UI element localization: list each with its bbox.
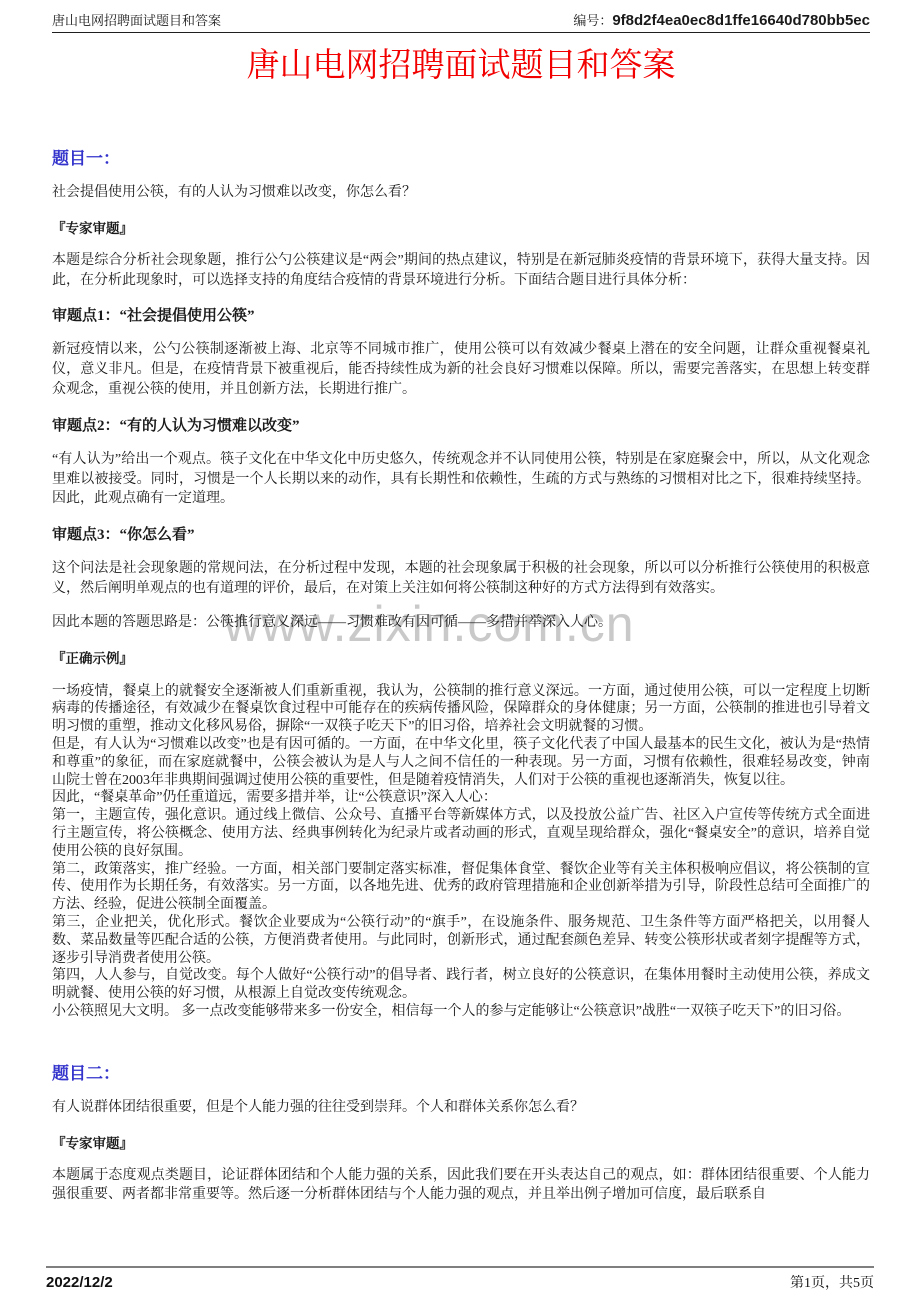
page-header: 唐山电网招聘面试题目和答案 编号：9f8d2f4ea0ec8d1ffe16640… <box>52 0 870 33</box>
section-subheading: 审题点2：“有的人认为习惯难以改变” <box>52 416 870 436</box>
bracket-label: 『专家审题』 <box>52 1135 870 1152</box>
content-blocks: 题目一：社会提倡使用公筷，有的人认为习惯难以改变，你怎么看？『专家审题』本题是综… <box>52 148 870 1205</box>
section-subheading: 审题点1：“社会提倡使用公筷” <box>52 306 870 326</box>
paragraph: 有人说群体团结很重要，但是个人能力强的往往受到崇拜。个人和群体关系你怎么看？ <box>52 1098 870 1118</box>
paragraph: 这个问法是社会现象题的常规问法，在分析过程中发现，本题的社会现象属于积极的社会现… <box>52 559 870 599</box>
example-paragraph: 一场疫情，餐桌上的就餐安全逐渐被人们重新重视，我认为，公筷制的推行意义深远。一方… <box>52 683 870 736</box>
paragraph: 因此本题的答题思路是：公筷推行意义深远——习惯难改有因可循——多措并举深入人心。 <box>52 613 870 633</box>
paragraph: 本题是综合分析社会现象题，推行公勺公筷建议是“两会”期间的热点建议，特别是在新冠… <box>52 251 870 291</box>
example-paragraph: 因此，“餐桌革命”仍任重道远，需要多措并举，让“公筷意识”深入人心： <box>52 789 870 807</box>
footer-date: 2022/12/2 <box>46 1274 113 1291</box>
document-page: www.zixin.com.cn 唐山电网招聘面试题目和答案 编号：9f8d2f… <box>0 0 920 1302</box>
header-doc-id: 编号：9f8d2f4ea0ec8d1ffe16640d780bb5ec <box>573 13 870 29</box>
doc-id-value: 9f8d2f4ea0ec8d1ffe16640d780bb5ec <box>612 12 870 29</box>
page-title: 唐山电网招聘面试题目和答案 <box>52 46 870 86</box>
example-paragraph: 第四，人人参与，自觉改变。每个人做好“公筷行动”的倡导者、践行者，树立良好的公筷… <box>52 967 870 1003</box>
topic-heading: 题目一： <box>52 148 870 169</box>
paragraph: “有人认为”给出一个观点。筷子文化在中华文化中历史悠久，传统观念并不认同使用公筷… <box>52 450 870 509</box>
example-paragraph: 第二，政策落实，推广经验。一方面，相关部门要制定落实标准，督促集体食堂、餐饮企业… <box>52 861 870 914</box>
page-content: 唐山电网招聘面试题目和答案 编号：9f8d2f4ea0ec8d1ffe16640… <box>0 0 920 1205</box>
paragraph: 社会提倡使用公筷，有的人认为习惯难以改变，你怎么看？ <box>52 183 870 203</box>
topic-heading: 题目二： <box>52 1063 870 1084</box>
example-paragraph: 但是，有人认为“习惯难以改变”也是有因可循的。一方面，在中华文化里，筷子文化代表… <box>52 736 870 789</box>
example-paragraph: 小公筷照见大文明。 多一点改变能够带来多一份安全，相信每一个人的参与定能够让“公… <box>52 1003 870 1021</box>
example-paragraph: 第三，企业把关，优化形式。餐饮企业要成为“公筷行动”的“旗手”，在设施条件、服务… <box>52 914 870 967</box>
footer-page-number: 第1页，共5页 <box>790 1272 874 1292</box>
page-footer: 2022/12/2 第1页，共5页 <box>46 1266 874 1292</box>
paragraph: 新冠疫情以来，公勺公筷制逐渐被上海、北京等不同城市推广，使用公筷可以有效减少餐桌… <box>52 340 870 399</box>
section-subheading: 审题点3：“你怎么看” <box>52 525 870 545</box>
header-doc-title: 唐山电网招聘面试题目和答案 <box>52 13 221 29</box>
bracket-label: 『专家审题』 <box>52 220 870 237</box>
bracket-label: 『正确示例』 <box>52 650 870 667</box>
doc-id-label: 编号： <box>573 13 612 28</box>
example-paragraph: 第一，主题宣传，强化意识。通过线上微信、公众号、直播平台等新媒体方式，以及投放公… <box>52 807 870 860</box>
paragraph: 本题属于态度观点类题目，论证群体团结和个人能力强的关系，因此我们要在开头表达自己… <box>52 1166 870 1206</box>
